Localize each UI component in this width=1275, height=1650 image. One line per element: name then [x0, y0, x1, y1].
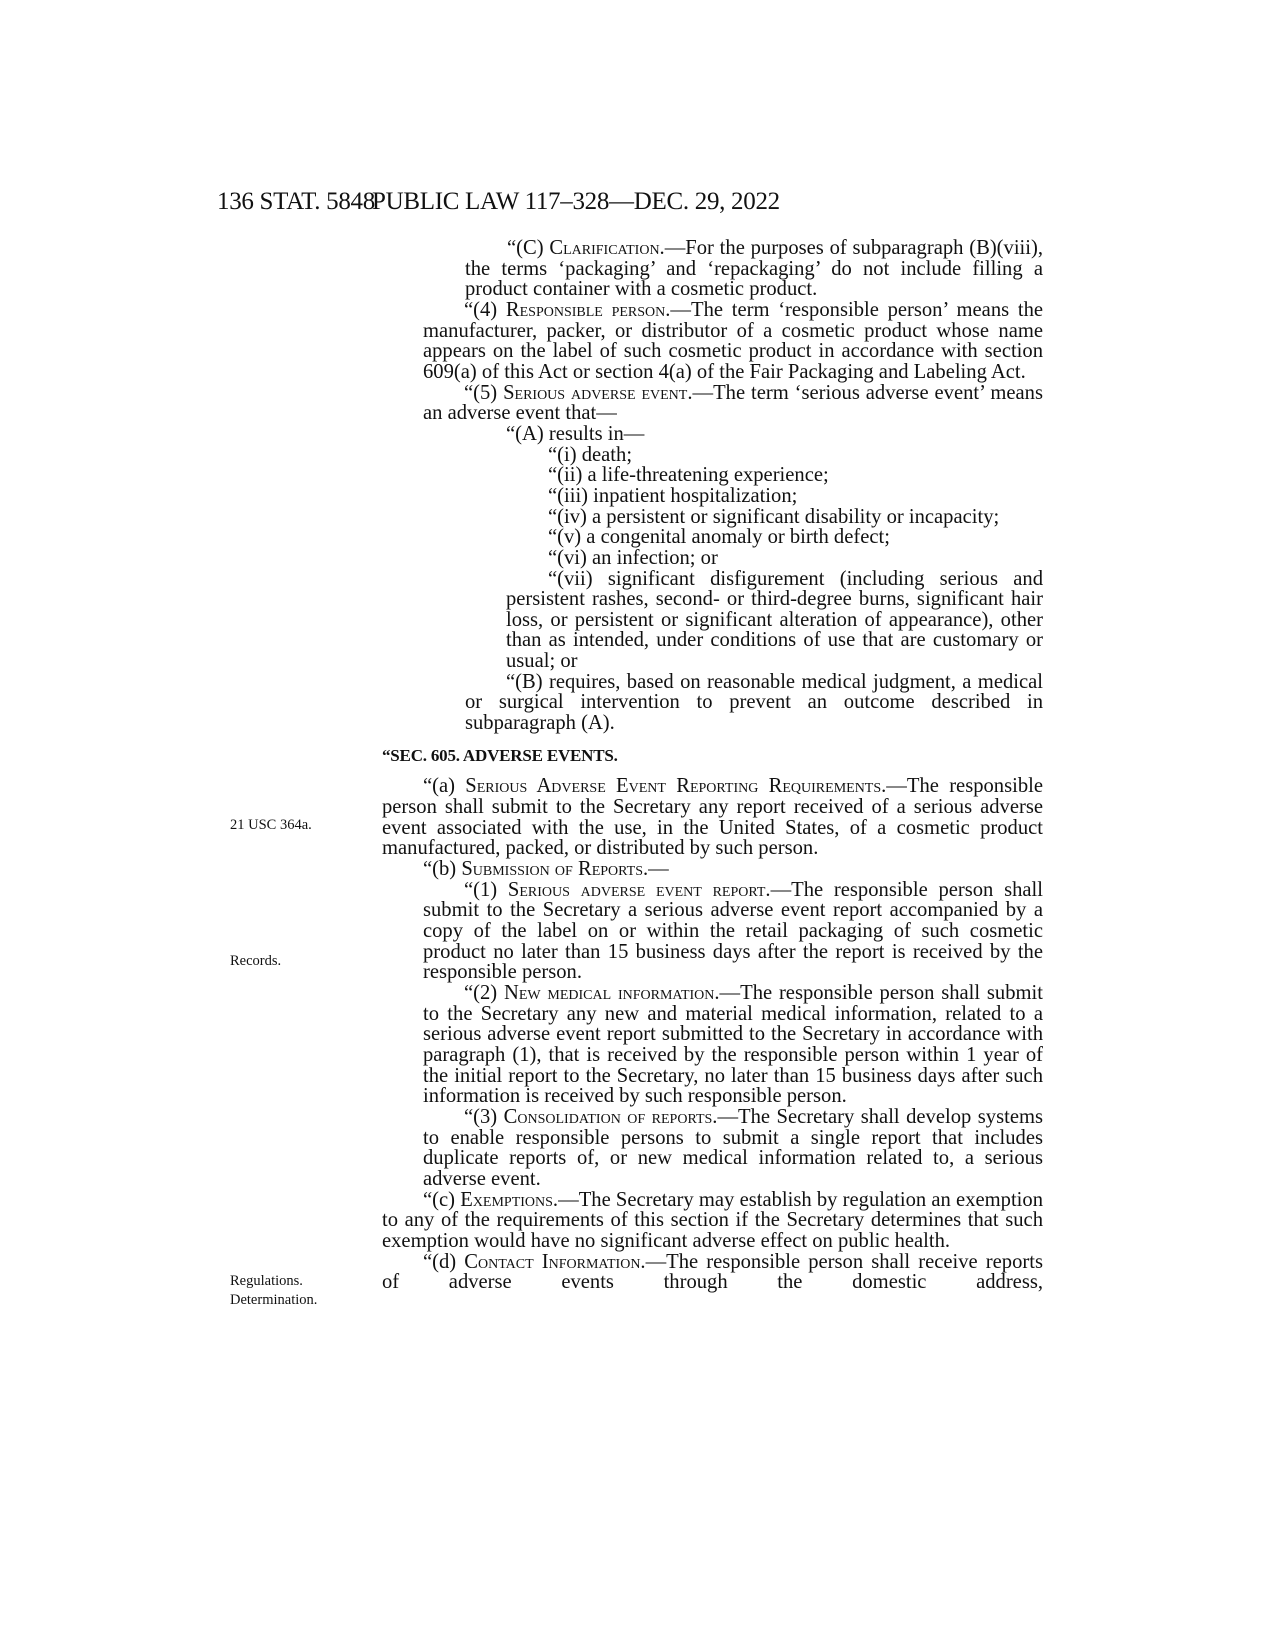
clause-vi: “(vi) an infection; or: [382, 548, 1043, 569]
heading-responsible-person: Responsible person.: [506, 299, 671, 321]
document-page: 136 STAT. 5848 PUBLIC LAW 117–328—DEC. 2…: [0, 0, 1275, 1650]
heading-clarification: Clarification.: [549, 237, 664, 259]
heading-submission-of-reports: Submission of Reports.: [461, 858, 648, 880]
margin-note-determination: Determination.: [230, 1291, 317, 1310]
subsection-a-reporting-requirements: “(a) Serious Adverse Event Reporting Req…: [382, 776, 1043, 859]
paragraph-b1-serious-adverse-event-report: “(1) Serious adverse event report.—The r…: [382, 880, 1043, 983]
heading-reporting-requirements: Serious Adverse Event Reporting Requirem…: [465, 775, 886, 797]
subsection-b-submission: “(b) Submission of Reports.—: [382, 859, 1043, 880]
running-title: PUBLIC LAW 117–328—DEC. 29, 2022: [372, 188, 780, 216]
paragraph-4-responsible-person: “(4) Responsible person.—The term ‘respo…: [382, 300, 1043, 383]
margin-note-regulations: Regulations.: [230, 1272, 303, 1291]
subparagraph-b: “(B) requires, based on reasonable medic…: [382, 672, 1043, 734]
heading-contact-information: Contact Information.: [464, 1251, 645, 1273]
clause-vii: “(vii) significant disfigurement (includ…: [382, 569, 1043, 672]
subparagraph-c-clarification: “(C) Clarification.—For the purposes of …: [382, 238, 1043, 300]
clause-iv: “(iv) a persistent or significant disabi…: [382, 507, 1043, 528]
paragraph-5-serious-adverse-event: “(5) Serious adverse event.—The term ‘se…: [382, 383, 1043, 424]
heading-new-medical-information: New medical information.: [504, 982, 720, 1004]
clause-v: “(v) a congenital anomaly or birth defec…: [382, 527, 1043, 548]
heading-consolidation-of-reports: Consolidation of reports.: [504, 1106, 718, 1128]
subsection-c-exemptions: “(c) Exemptions.—The Secretary may estab…: [382, 1190, 1043, 1252]
clause-i: “(i) death;: [382, 445, 1043, 466]
margin-note-records: Records.: [230, 952, 281, 971]
clause-iii: “(iii) inpatient hospitalization;: [382, 486, 1043, 507]
paragraph-b3-consolidation: “(3) Consolidation of reports.—The Secre…: [382, 1107, 1043, 1190]
heading-serious-adverse-event: Serious adverse event.: [503, 382, 692, 404]
heading-exemptions: Exemptions.: [460, 1189, 558, 1211]
paragraph-b2-new-medical-information: “(2) New medical information.—The respon…: [382, 983, 1043, 1107]
statute-body: “(C) Clarification.—For the purposes of …: [382, 238, 1043, 1293]
subparagraph-a: “(A) results in—: [382, 424, 1043, 445]
margin-note-usc-citation: 21 USC 364a.: [230, 816, 312, 835]
stat-page-reference: 136 STAT. 5848: [217, 188, 375, 216]
section-605-title: “SEC. 605. ADVERSE EVENTS.: [382, 746, 1043, 767]
clause-ii: “(ii) a life-threatening experience;: [382, 465, 1043, 486]
subsection-d-contact-information: “(d) Contact Information.—The responsibl…: [382, 1252, 1043, 1293]
heading-serious-adverse-event-report: Serious adverse event report.: [508, 879, 771, 901]
